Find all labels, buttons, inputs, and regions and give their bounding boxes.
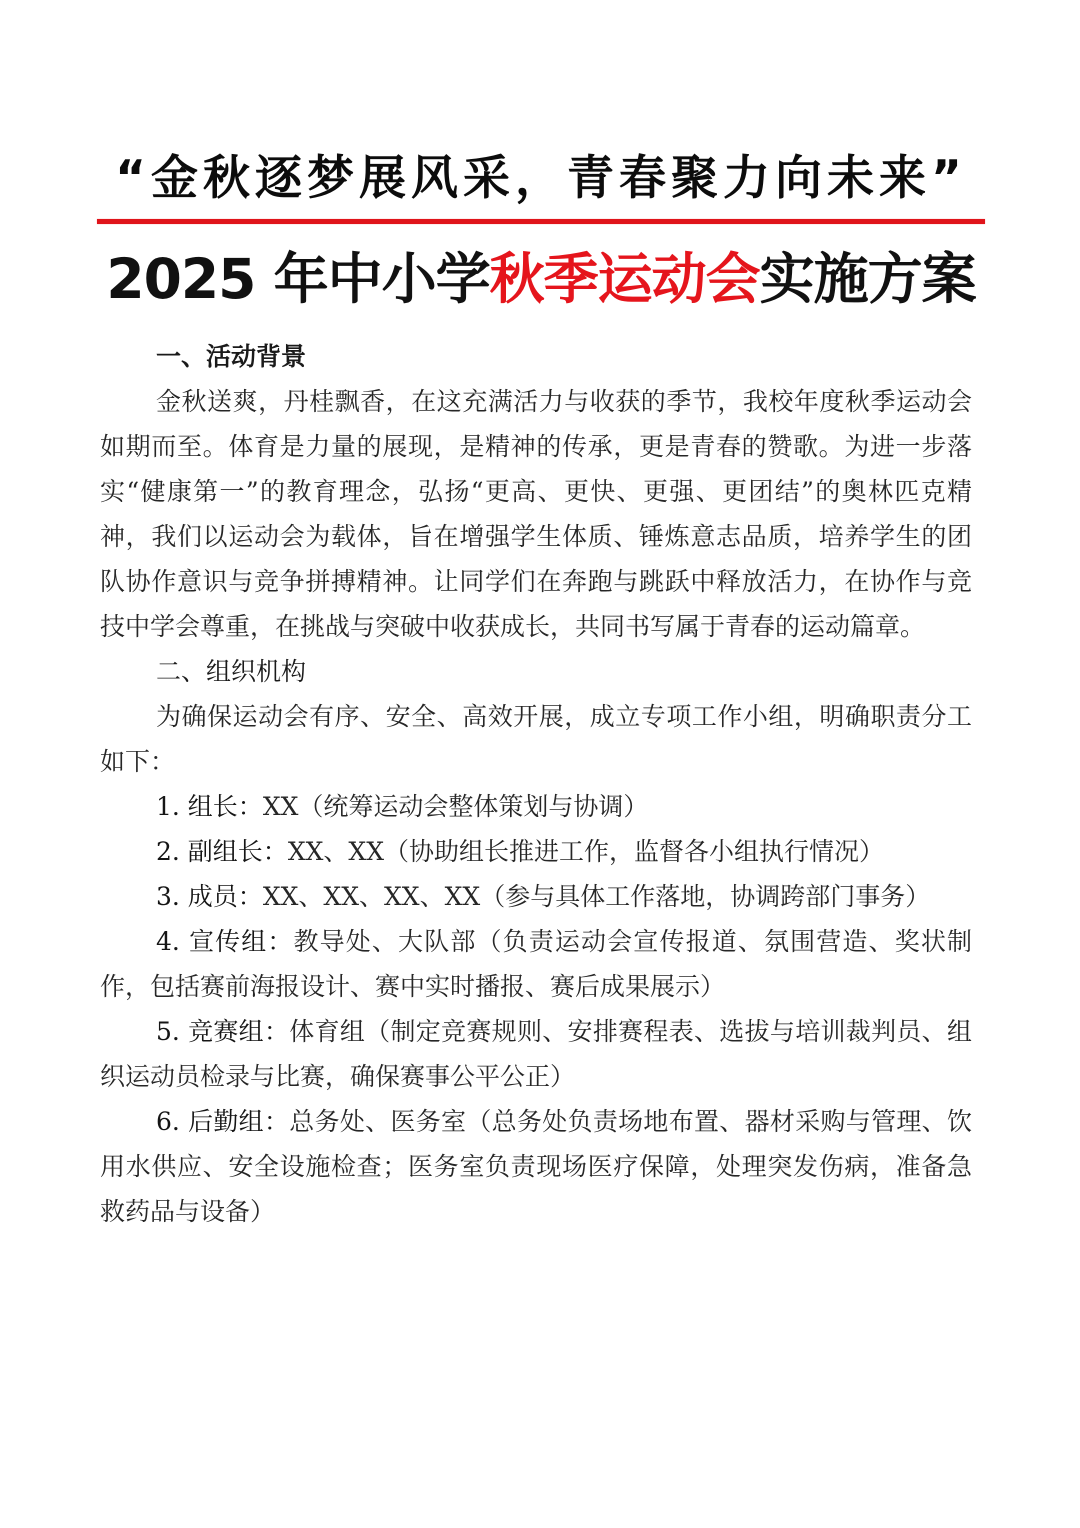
title-highlight: 秋季运动会 bbox=[490, 247, 760, 311]
org-item-publicity-group: 4. 宣传组：教导处、大队部（负责运动会宣传报道、氛围营造、奖状制作，包括赛前海… bbox=[100, 919, 972, 1009]
section-heading-organization: 二、组织机构 bbox=[100, 649, 972, 694]
org-item-label: 3. 成员： bbox=[156, 882, 263, 911]
org-item-leader: 1. 组长：XX（统筹运动会整体策划与协调） bbox=[100, 784, 972, 829]
org-item-text: XX、XX（协助组长推进工作，监督各小组执行情况） bbox=[288, 837, 884, 866]
org-item-text: XX、XX、XX、XX（参与具体工作落地，协调跨部门事务） bbox=[263, 882, 930, 911]
org-item-label: 2. 副组长： bbox=[156, 837, 288, 866]
title-prefix: 2025 年中小学 bbox=[106, 247, 489, 311]
slogan-heading: “金秋逐梦展风采，青春聚力向未来” bbox=[97, 146, 985, 212]
org-item-label: 5. 竞赛组： bbox=[156, 1017, 289, 1046]
org-item-label: 4. 宣传组： bbox=[156, 927, 294, 956]
red-divider-rule bbox=[97, 219, 985, 224]
org-item-label: 1. 组长： bbox=[156, 792, 263, 821]
org-item-label: 6. 后勤组： bbox=[156, 1107, 289, 1136]
org-item-members: 3. 成员：XX、XX、XX、XX（参与具体工作落地，协调跨部门事务） bbox=[100, 874, 972, 919]
document-body: 一、活动背景 金秋送爽，丹桂飘香，在这充满活力与收获的季节，我校年度秋季运动会如… bbox=[100, 334, 972, 1234]
document-title: 2025 年中小学秋季运动会实施方案 bbox=[97, 242, 985, 316]
background-paragraph: 金秋送爽，丹桂飘香，在这充满活力与收获的季节，我校年度秋季运动会如期而至。体育是… bbox=[100, 379, 972, 649]
section-heading-background: 一、活动背景 bbox=[100, 334, 972, 379]
title-suffix: 实施方案 bbox=[760, 247, 976, 311]
org-item-text: XX（统筹运动会整体策划与协调） bbox=[263, 792, 649, 821]
org-item-deputy-leader: 2. 副组长：XX、XX（协助组长推进工作，监督各小组执行情况） bbox=[100, 829, 972, 874]
org-item-logistics-group: 6. 后勤组：总务处、医务室（总务处负责场地布置、器材采购与管理、饮用水供应、安… bbox=[100, 1099, 972, 1234]
organization-intro: 为确保运动会有序、安全、高效开展，成立专项工作小组，明确职责分工如下： bbox=[100, 694, 972, 784]
org-item-competition-group: 5. 竞赛组：体育组（制定竞赛规则、安排赛程表、选拔与培训裁判员、组织运动员检录… bbox=[100, 1009, 972, 1099]
